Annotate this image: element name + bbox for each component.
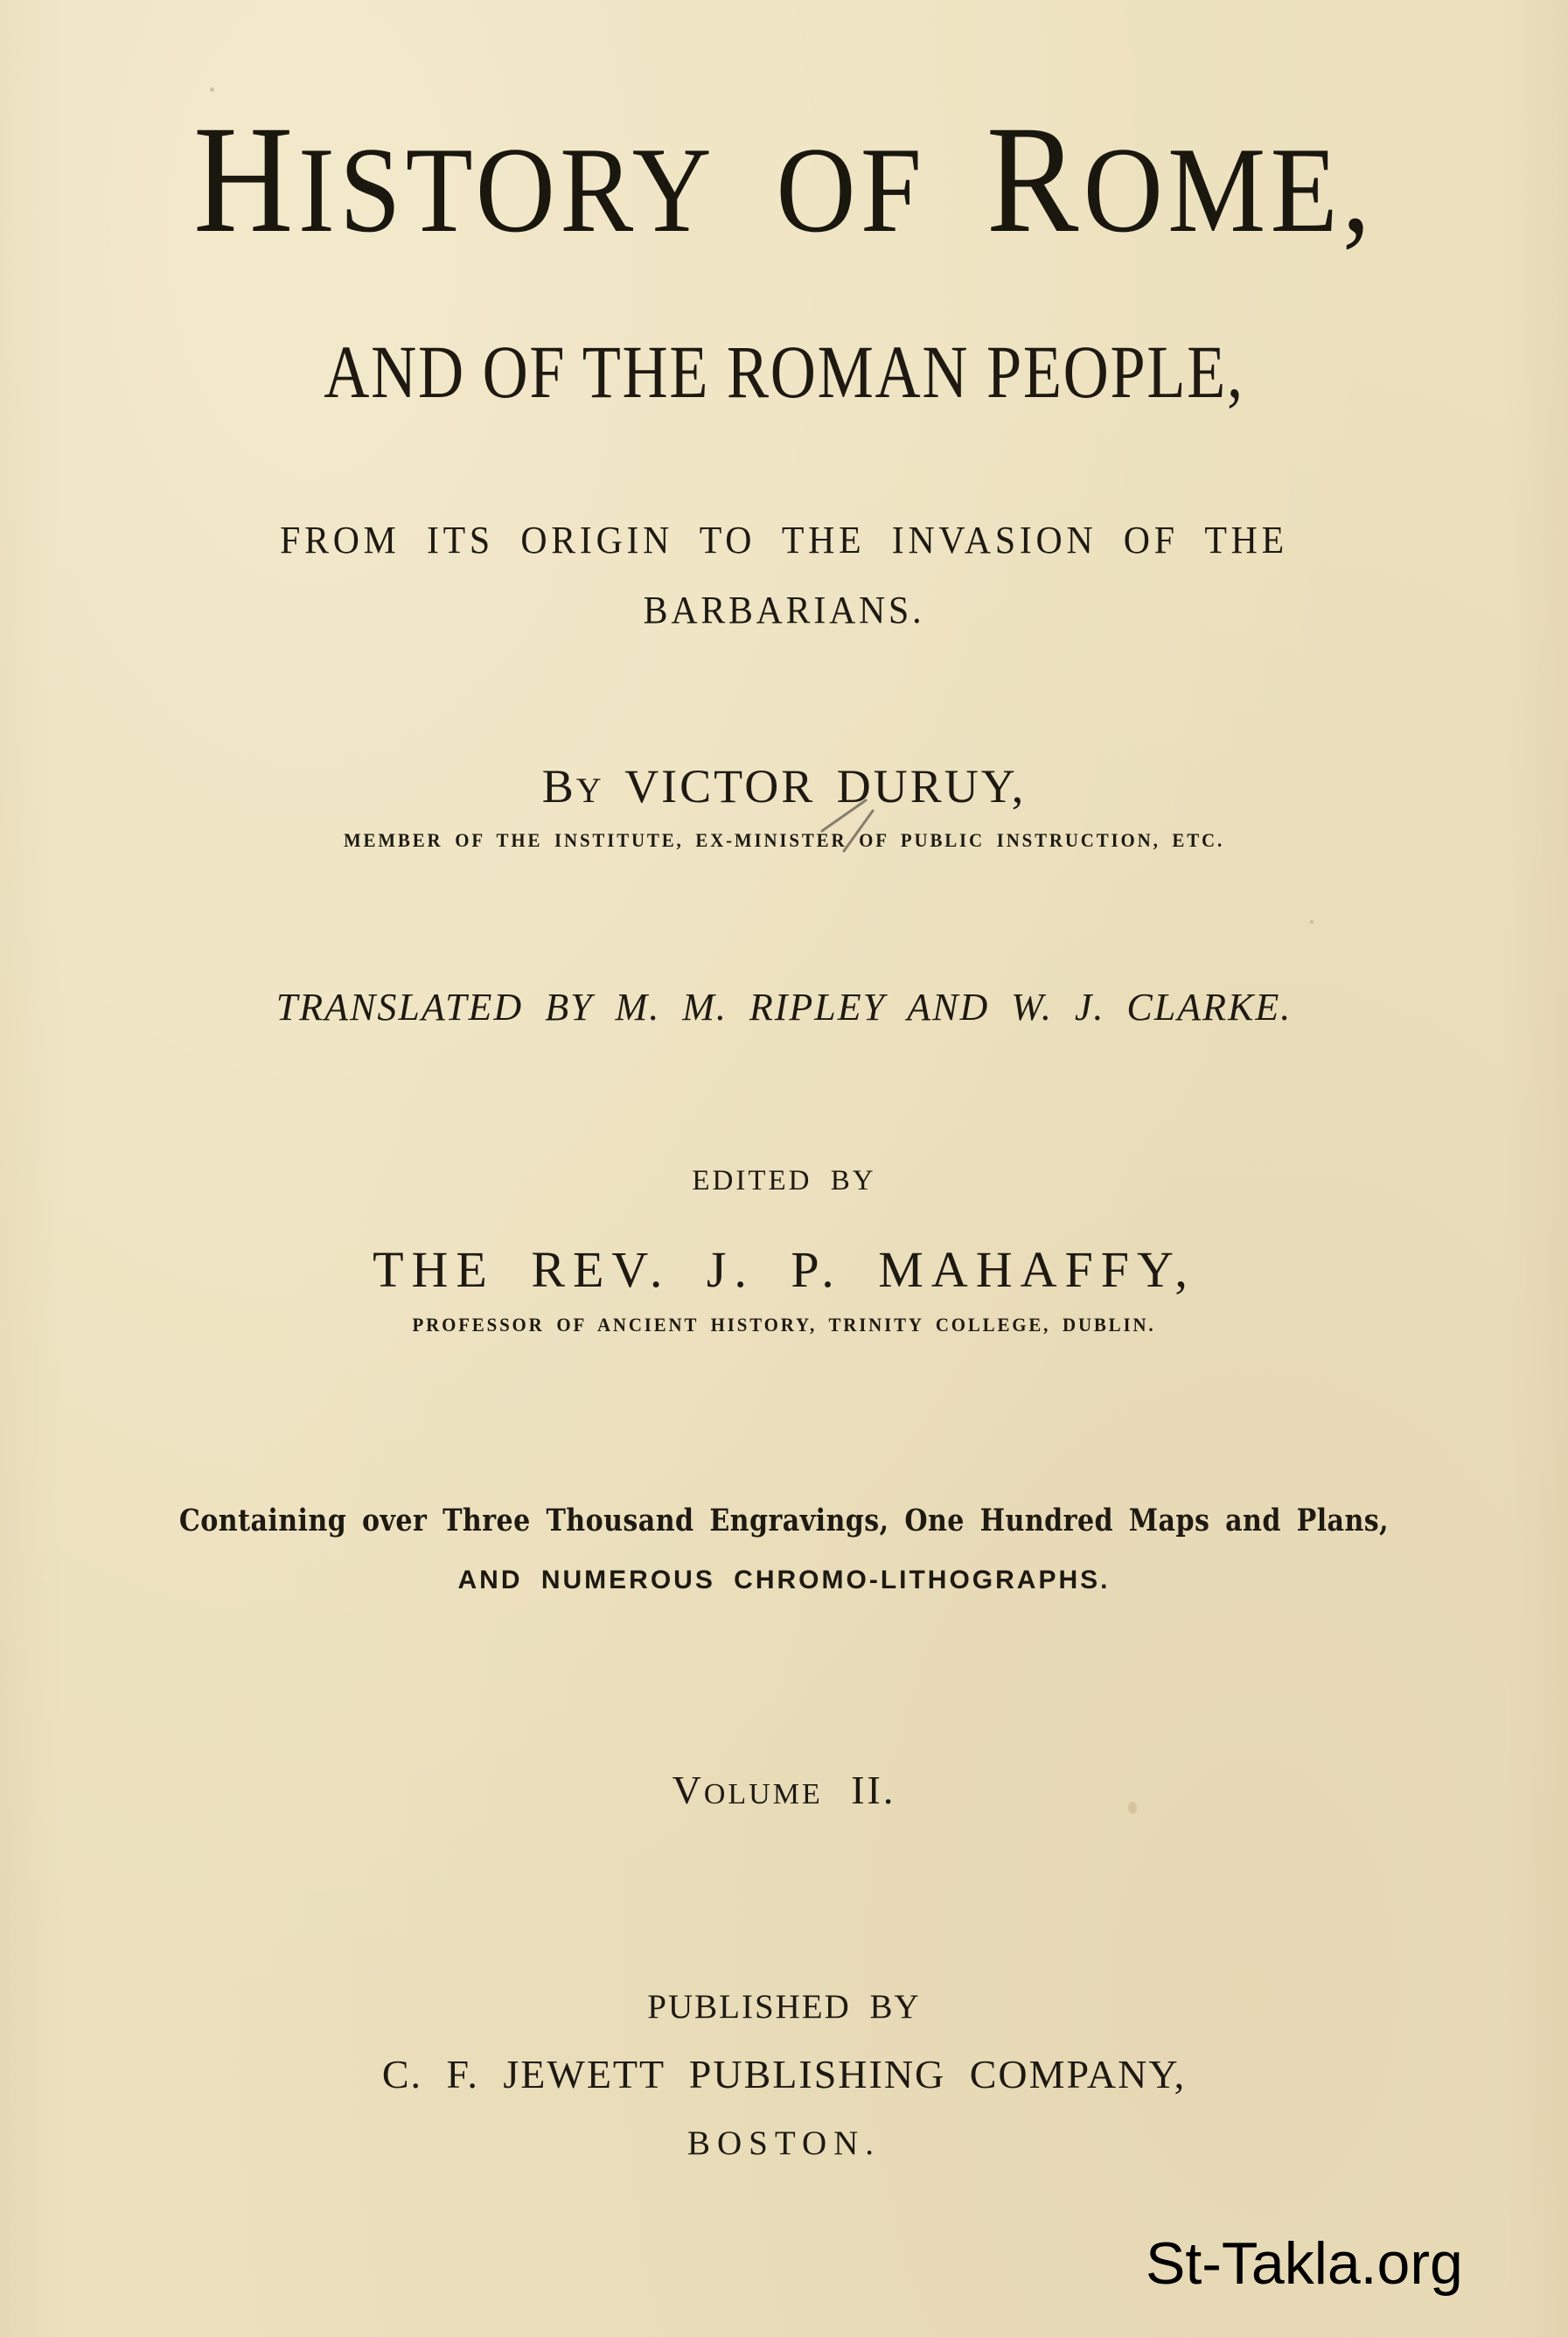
book-subtitle: AND OF THE ROMAN PEOPLE, [125,334,1442,409]
volume-roman-numeral: II. [851,1768,896,1812]
paper-speck [1310,920,1314,924]
volume-number: VOLUME II. [0,1767,1568,1813]
editor-name: THE REV. J. P. MAHAFFY, [0,1240,1568,1299]
editor-description: PROFESSOR OF ANCIENT HISTORY, TRINITY CO… [39,1314,1529,1336]
book-title: HISTORYOFROME, [79,103,1490,257]
publisher-city: BOSTON. [0,2124,1568,2163]
publisher-name: C. F. JEWETT PUBLISHING COMPANY, [0,2051,1568,2097]
contents-blackletter-line: Containing over Three Thousand Engraving… [110,1503,1459,1538]
published-by-label: PUBLISHED BY [0,1987,1568,2027]
paper-speck [1128,1802,1137,1814]
scope-line-1: FROM ITS ORIGIN TO THE INVASION OF THE [39,518,1529,562]
volume-label: VOLUME [672,1768,823,1812]
title-word-history: HISTORY [193,103,716,257]
edited-by-label: EDITED BY [0,1165,1568,1197]
paper-speck [210,87,214,92]
contents-line-2: AND NUMEROUS CHROMO-LITHOGRAPHS. [0,1566,1568,1595]
by-label: BY [542,760,604,813]
scope-line-2: BARBARIANS. [39,588,1529,632]
title-word-rome: ROME, [986,103,1375,257]
author-description: MEMBER OF THE INSTITUTE, EX-MINISTER OF … [39,829,1529,852]
author-line: BY VICTOR DURUY, [0,759,1568,813]
translators-line: TRANSLATED BY M. M. RIPLEY AND W. J. CLA… [0,985,1568,1029]
title-word-of: OF [776,103,926,257]
watermark: St-Takla.org [1146,2234,1463,2293]
